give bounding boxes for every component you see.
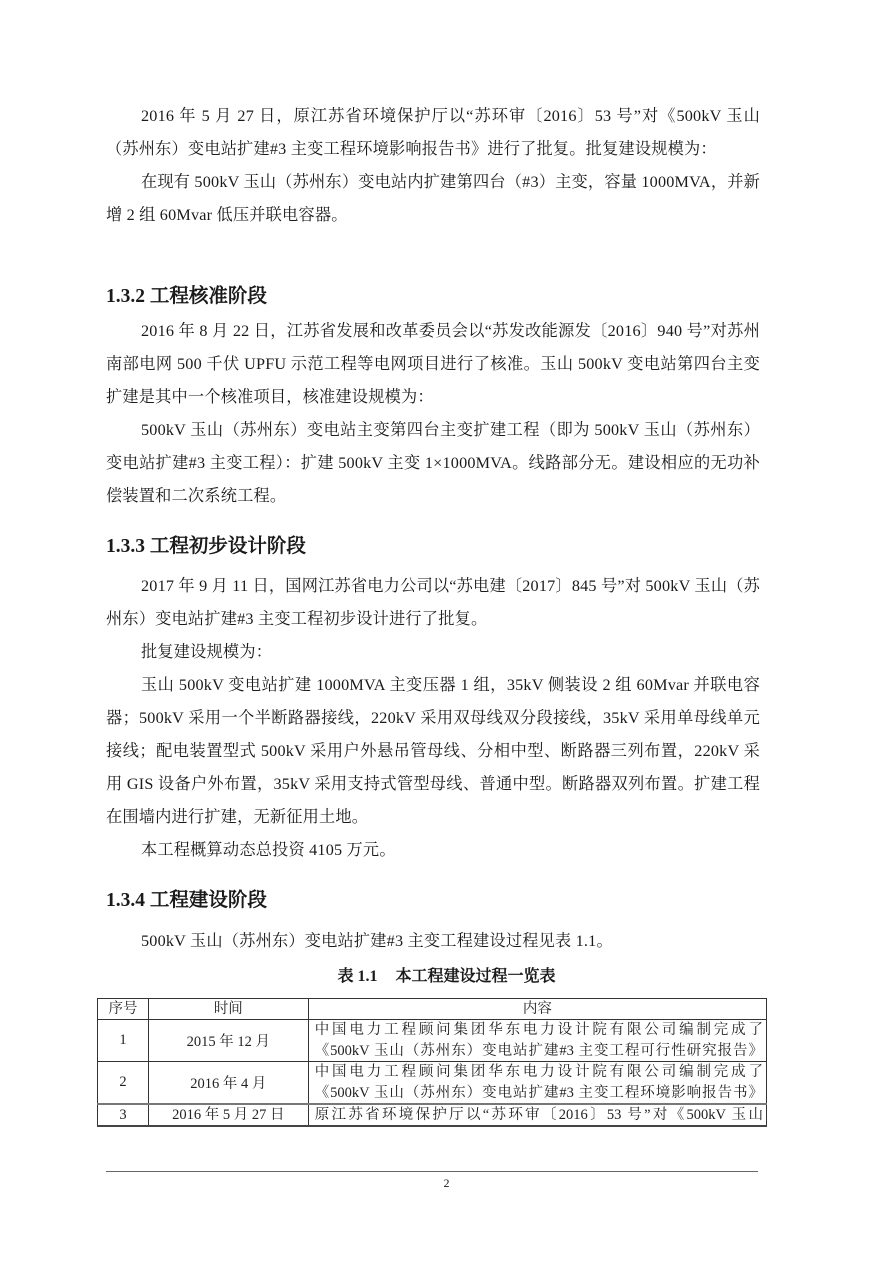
- paragraph: 500kV 玉山（苏州东）变电站主变第四台主变扩建工程（即为 500kV 玉山（…: [106, 414, 760, 513]
- content-line: 《500kV 玉山（苏州东）变电站扩建#3 主变工程可行性研究报告》: [315, 1041, 763, 1062]
- content-line: 原江苏省环境保护厅以“苏环审〔2016〕53 号”对《500kV 玉山: [315, 1105, 763, 1125]
- section-1-3-2-body: 2016 年 8 月 22 日，江苏省发展和改革委员会以“苏发改能源发〔2016…: [106, 315, 760, 513]
- table-caption-title: 本工程建设过程一览表: [396, 968, 556, 985]
- paragraph: 2016 年 5 月 27 日，原江苏省环境保护厅以“苏环审〔2016〕53 号…: [106, 100, 760, 166]
- table-row: 2 2016 年 4 月 中国电力工程顾问集团华东电力设计院有限公司编制完成了 …: [98, 1062, 767, 1105]
- section-heading-1-3-3: 1.3.3 工程初步设计阶段: [106, 533, 306, 561]
- footer-divider: [106, 1171, 758, 1172]
- header-content: 内容: [308, 999, 766, 1020]
- header-time: 时间: [148, 999, 308, 1020]
- cell-content: 中国电力工程顾问集团华东电力设计院有限公司编制完成了 《500kV 玉山（苏州东…: [308, 1062, 766, 1105]
- section-heading-1-3-2: 1.3.2 工程核准阶段: [106, 283, 267, 311]
- cell-no: 2: [98, 1062, 149, 1105]
- table-caption-number: 表 1.1: [337, 968, 377, 985]
- content-line: 中国电力工程顾问集团华东电力设计院有限公司编制完成了: [315, 1020, 763, 1041]
- table-row: 1 2015 年 12 月 中国电力工程顾问集团华东电力设计院有限公司编制完成了…: [98, 1020, 767, 1062]
- cell-time: 2016 年 4 月: [148, 1062, 308, 1105]
- cell-time: 2016 年 5 月 27 日: [148, 1104, 308, 1126]
- table-header-row: 序号 时间 内容: [98, 999, 767, 1020]
- intro-section: 2016 年 5 月 27 日，原江苏省环境保护厅以“苏环审〔2016〕53 号…: [106, 100, 760, 232]
- header-no: 序号: [98, 999, 149, 1020]
- paragraph: 批复建设规模为：: [106, 636, 760, 669]
- content-line: 中国电力工程顾问集团华东电力设计院有限公司编制完成了: [315, 1062, 763, 1083]
- cell-time: 2015 年 12 月: [148, 1020, 308, 1062]
- table-row: 3 2016 年 5 月 27 日 原江苏省环境保护厅以“苏环审〔2016〕53…: [98, 1104, 767, 1126]
- cell-content: 中国电力工程顾问集团华东电力设计院有限公司编制完成了 《500kV 玉山（苏州东…: [308, 1020, 766, 1062]
- document-page: 2016 年 5 月 27 日，原江苏省环境保护厅以“苏环审〔2016〕53 号…: [0, 0, 893, 1263]
- content-line: 《500kV 玉山（苏州东）变电站扩建#3 主变工程环境影响报告书》: [315, 1083, 763, 1104]
- section-1-3-4-body: 500kV 玉山（苏州东）变电站扩建#3 主变工程建设过程见表 1.1。: [106, 925, 760, 958]
- paragraph: 2017 年 9 月 11 日，国网江苏省电力公司以“苏电建〔2017〕845 …: [106, 570, 760, 636]
- paragraph: 玉山 500kV 变电站扩建 1000MVA 主变压器 1 组，35kV 侧装设…: [106, 669, 760, 834]
- paragraph: 2016 年 8 月 22 日，江苏省发展和改革委员会以“苏发改能源发〔2016…: [106, 315, 760, 414]
- table-caption: 表 1.1本工程建设过程一览表: [0, 966, 893, 988]
- cell-no: 3: [98, 1104, 149, 1126]
- page-number: 2: [0, 1176, 893, 1190]
- construction-process-table: 序号 时间 内容 1 2015 年 12 月 中国电力工程顾问集团华东电力设计院…: [97, 998, 767, 1127]
- paragraph: 500kV 玉山（苏州东）变电站扩建#3 主变工程建设过程见表 1.1。: [106, 925, 760, 958]
- section-1-3-3-body: 2017 年 9 月 11 日，国网江苏省电力公司以“苏电建〔2017〕845 …: [106, 570, 760, 867]
- paragraph: 在现有 500kV 玉山（苏州东）变电站内扩建第四台（#3）主变，容量 1000…: [106, 166, 760, 232]
- cell-content: 原江苏省环境保护厅以“苏环审〔2016〕53 号”对《500kV 玉山: [308, 1104, 766, 1126]
- paragraph: 本工程概算动态总投资 4105 万元。: [106, 834, 760, 867]
- section-heading-1-3-4: 1.3.4 工程建设阶段: [106, 887, 267, 915]
- cell-no: 1: [98, 1020, 149, 1062]
